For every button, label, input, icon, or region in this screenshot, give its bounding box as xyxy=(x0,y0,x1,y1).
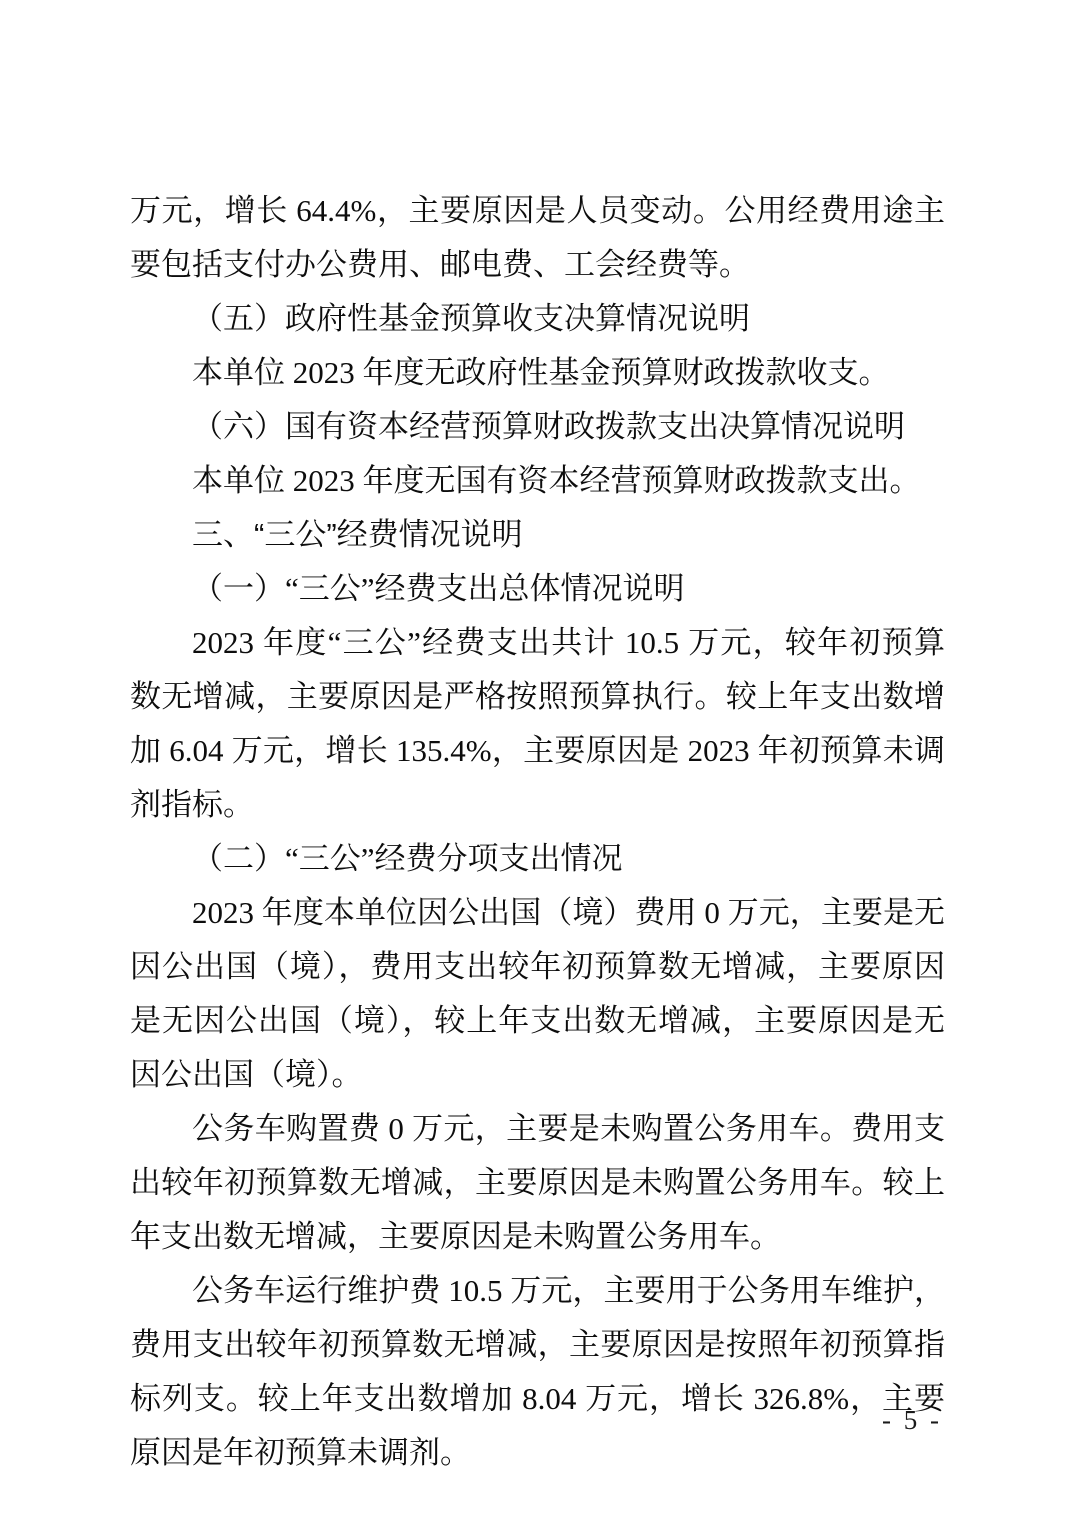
paragraph-vehicle-maintenance: 公务车运行维护费 10.5 万元，主要用于公务用车维护，费用支出较年初预算数无增… xyxy=(130,1264,945,1480)
document-page: 万元，增长 64.4%，主要原因是人员变动。公用经费用途主要包括支付办公费用、邮… xyxy=(0,0,1075,1520)
paragraph-state-capital: 本单位 2023 年度无国有资本经营预算财政拨款支出。 xyxy=(130,454,945,508)
paragraph-overall-expense: 2023 年度“三公”经费支出共计 10.5 万元，较年初预算数无增减，主要原因… xyxy=(130,616,945,832)
heading-sub-1-overall: （一）“三公”经费支出总体情况说明 xyxy=(130,562,945,616)
heading-section-5-gov-fund: （五）政府性基金预算收支决算情况说明 xyxy=(130,292,945,346)
heading-section-6-state-capital: （六）国有资本经营预算财政拨款支出决算情况说明 xyxy=(130,400,945,454)
heading-sub-2-itemized: （二）“三公”经费分项支出情况 xyxy=(130,832,945,886)
document-content: 万元，增长 64.4%，主要原因是人员变动。公用经费用途主要包括支付办公费用、邮… xyxy=(130,184,945,1480)
paragraph-vehicle-purchase: 公务车购置费 0 万元，主要是未购置公务用车。费用支出较年初预算数无增减，主要原… xyxy=(130,1102,945,1264)
page-number: - 5 - xyxy=(882,1398,942,1442)
paragraph-abroad-expense: 2023 年度本单位因公出国（境）费用 0 万元，主要是无因公出国（境），费用支… xyxy=(130,886,945,1102)
heading-three-public-funds: 三、“三公”经费情况说明 xyxy=(130,508,945,562)
paragraph-public-expense-continuation: 万元，增长 64.4%，主要原因是人员变动。公用经费用途主要包括支付办公费用、邮… xyxy=(130,184,945,292)
paragraph-gov-fund: 本单位 2023 年度无政府性基金预算财政拨款收支。 xyxy=(130,346,945,400)
